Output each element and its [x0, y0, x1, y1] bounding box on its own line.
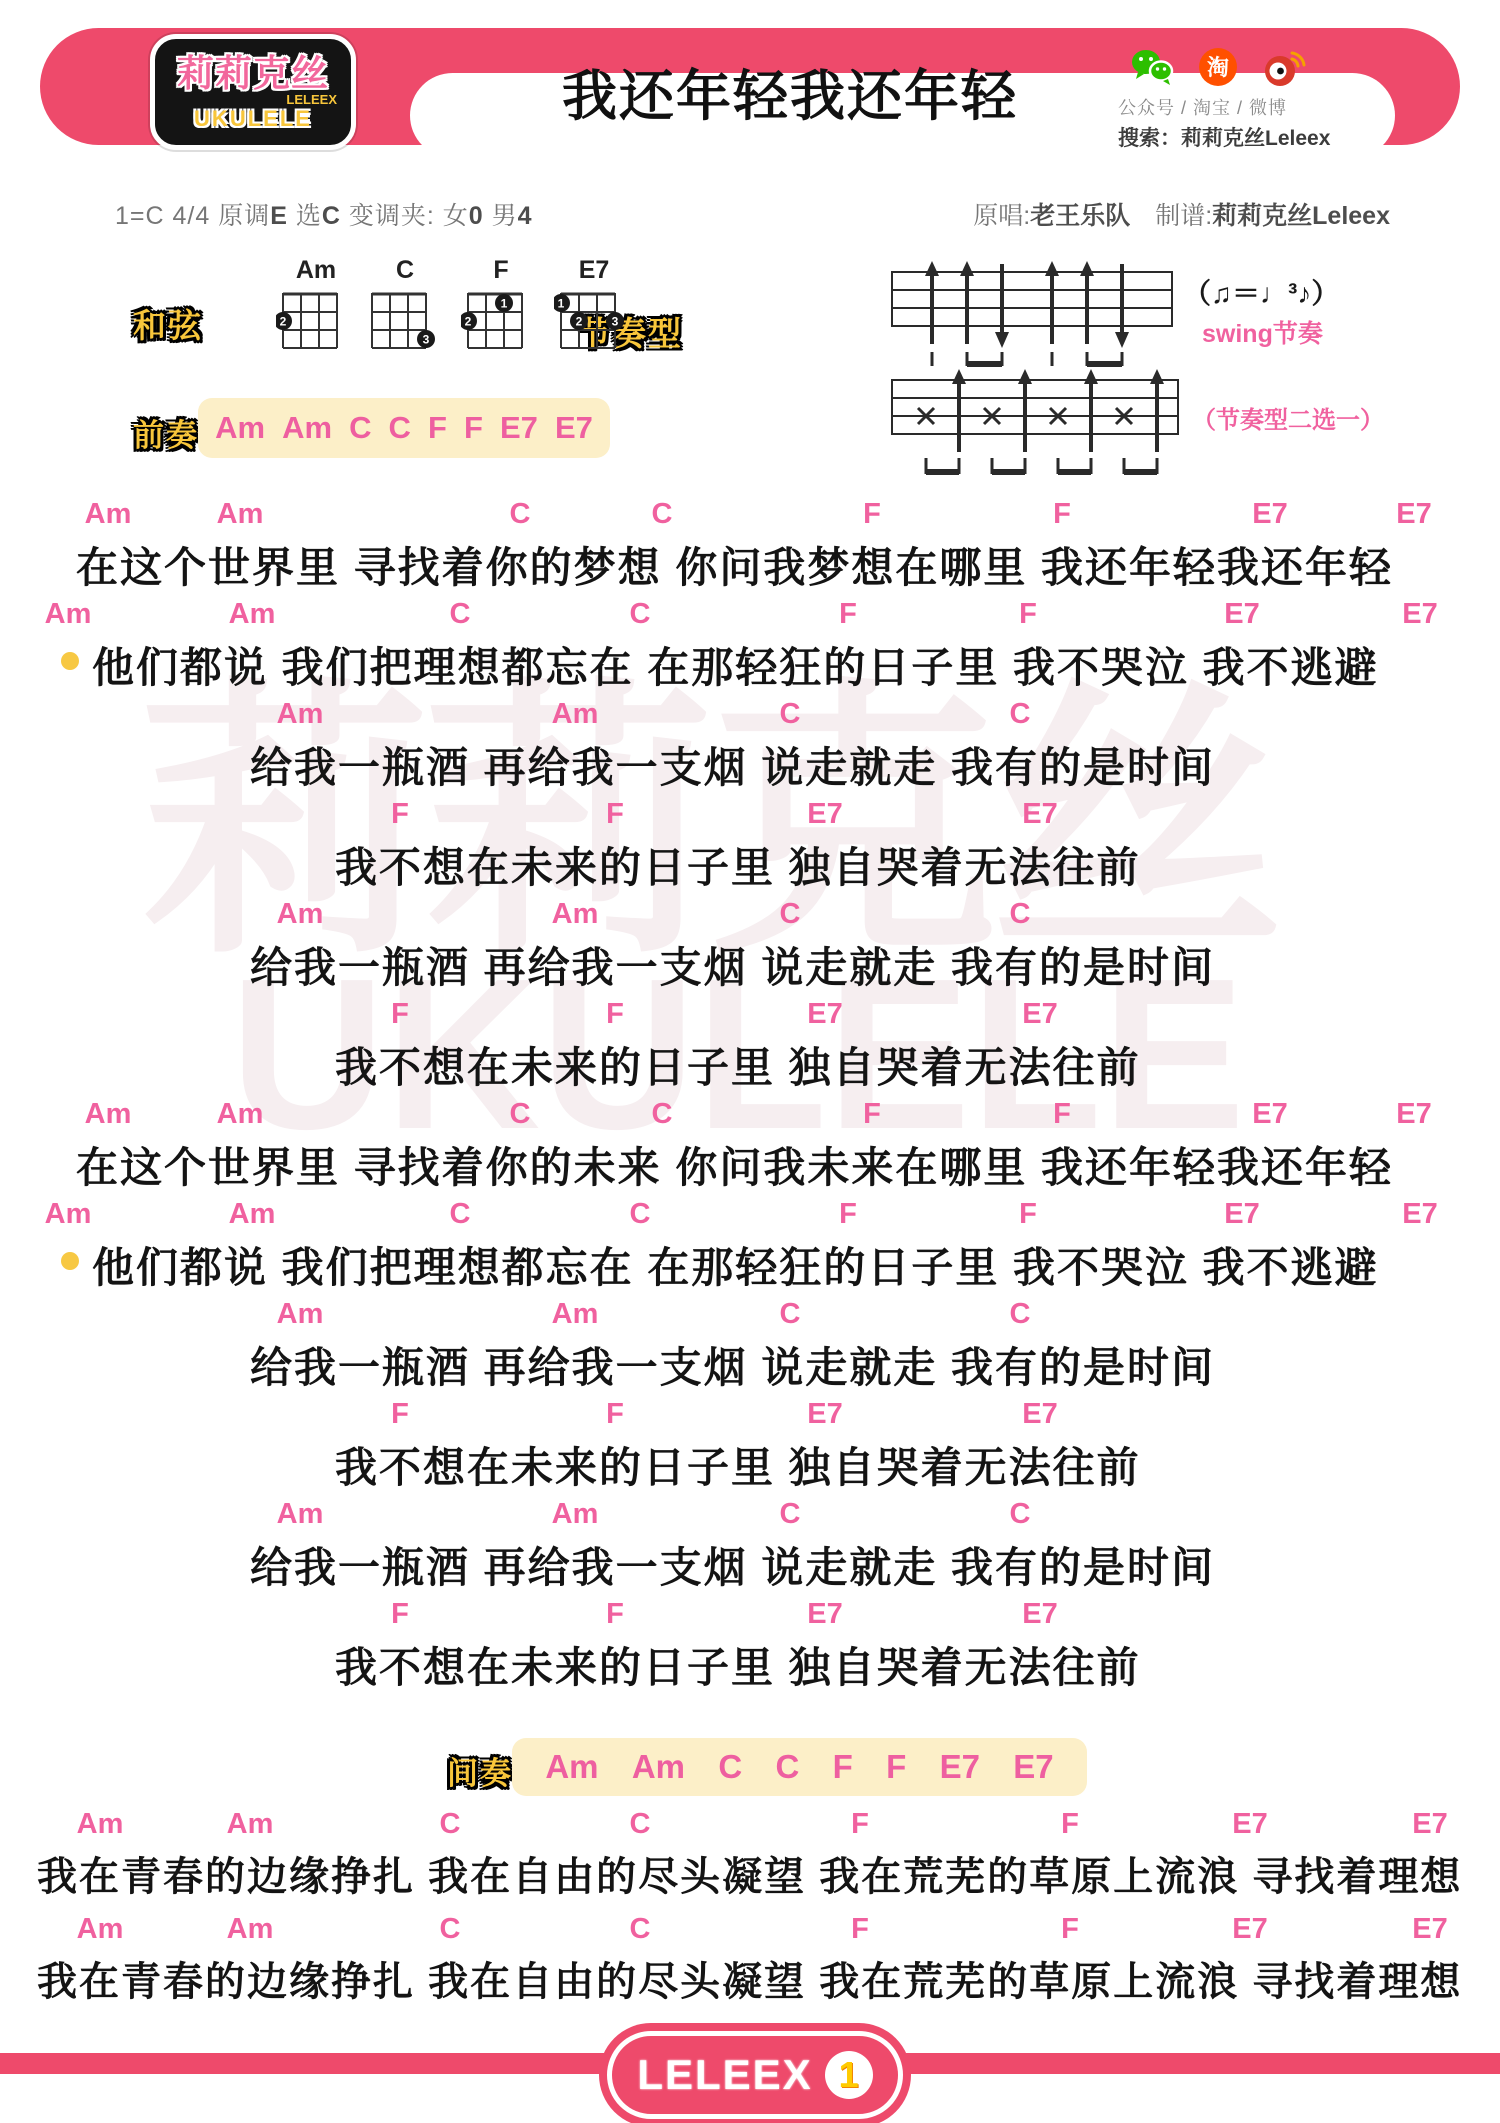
rhythm-staff-2	[880, 366, 1190, 489]
chord-row: AmAmCC	[0, 898, 1500, 932]
chord-label: Am	[77, 1808, 124, 1841]
chord-label: Am	[277, 1298, 324, 1331]
chord-label: E7	[1232, 1808, 1267, 1841]
text-segment: 女	[443, 202, 469, 230]
chord-label: E7	[807, 798, 842, 831]
chord-label: Am	[552, 898, 599, 931]
chord-label: F	[863, 498, 881, 531]
chord-label: F	[464, 410, 483, 446]
chord-label: C	[510, 1098, 531, 1131]
lyric-line: 我不想在未来的日子里 独自哭着无法往前	[335, 1635, 1141, 1695]
chord-row: AmAmCCFFE7E7	[0, 1098, 1500, 1132]
chord-label: E7	[1022, 998, 1057, 1031]
chord-label: C	[450, 1198, 471, 1231]
chord-label: E7	[1402, 1198, 1437, 1231]
text-segment: 0	[469, 202, 484, 230]
chord-label: E7	[940, 1748, 980, 1786]
intro-label: 前奏	[133, 410, 199, 455]
chord-label: F	[1019, 1198, 1037, 1231]
chord-diagram-E7: E7123	[554, 256, 634, 369]
chord-label: Am	[85, 1098, 132, 1131]
text-segment: E	[270, 202, 288, 230]
verse-bullet	[61, 652, 79, 670]
chord-label: Am	[215, 410, 265, 446]
lyric-line: 我不想在未来的日子里 独自哭着无法往前	[335, 1435, 1141, 1495]
lyric-line: 在这个世界里 寻找着你的未来 你问我未来在哪里 我还年轻我还年轻	[76, 1135, 1393, 1195]
chord-label: Am	[282, 410, 332, 446]
svg-text:2: 2	[465, 315, 472, 329]
chord-label: C	[780, 1298, 801, 1331]
lyric-line: 他们都说 我们把理想都忘在 在那轻狂的日子里 我不哭泣 我不逃避	[92, 1235, 1379, 1295]
chord-label: E7	[555, 410, 593, 446]
chord-row: AmAmCCFFE7E7	[0, 1808, 1500, 1842]
chords-label: 和弦	[133, 300, 203, 347]
chord-label: E7	[1396, 1098, 1431, 1131]
chord-label: C	[652, 498, 673, 531]
chord-label: Am	[552, 1498, 599, 1531]
chord-label: Am	[227, 1913, 274, 1946]
chord-sheet-page: 莉莉克丝 UKULELE 莉莉克丝 LELEEX UKULELE 我还年轻我还年…	[0, 0, 1500, 2123]
chord-label: E7	[1224, 598, 1259, 631]
chord-label: C	[780, 1498, 801, 1531]
chord-label: C	[775, 1748, 799, 1786]
lyric-line: 给我一瓶酒 再给我一支烟 说走就走 我有的是时间	[250, 735, 1215, 795]
chord-diagram-F: F12	[461, 256, 541, 369]
chord-label: F	[606, 798, 624, 831]
brand-logo-cn: 莉莉克丝	[177, 55, 329, 92]
key-and-capo-info: 1=C 4/4 原调E 选C 变调夹: 女0 男4	[115, 196, 533, 232]
chord-label: C	[630, 598, 651, 631]
chord-label: C	[389, 410, 411, 446]
chord-row: FFE7E7	[0, 998, 1500, 1032]
chord-label: E7	[1013, 1748, 1053, 1786]
page-title: 我还年轻我还年轻	[400, 52, 1180, 131]
credits-info: 原唱:老王乐队 制谱:莉莉克丝Leleex	[830, 196, 1390, 232]
chord-label: F	[1061, 1808, 1079, 1841]
chord-label: E7	[500, 410, 538, 446]
brand-logo: 莉莉克丝 LELEEX UKULELE	[150, 34, 356, 150]
chord-label: F	[606, 998, 624, 1031]
chord-diagram-name: E7	[554, 256, 634, 286]
chord-row: AmAmCC	[0, 698, 1500, 732]
svg-text:淘: 淘	[1207, 55, 1229, 81]
chord-label: E7	[1252, 498, 1287, 531]
chord-label: F	[851, 1808, 869, 1841]
chord-label: E7	[1022, 798, 1057, 831]
chord-label: C	[630, 1913, 651, 1946]
chord-label: C	[780, 898, 801, 931]
text-segment: 1=C 4/4	[115, 202, 210, 230]
chord-row: AmAmCCFFE7E7	[0, 598, 1500, 632]
chord-label: Am	[227, 1808, 274, 1841]
text-segment: C	[322, 202, 341, 230]
swing-formula: （♫＝♩³♪）	[1183, 272, 1339, 312]
chord-label: C	[1010, 698, 1031, 731]
chord-label: Am	[85, 498, 132, 531]
chord-label: F	[391, 1598, 409, 1631]
chord-label: F	[1061, 1913, 1079, 1946]
chord-label: Am	[277, 1498, 324, 1531]
wechat-icon	[1130, 48, 1174, 91]
chord-row: AmAmCC	[0, 1498, 1500, 1532]
chord-row: FFE7E7	[0, 798, 1500, 832]
chord-label: C	[1010, 898, 1031, 931]
lyric-line: 在这个世界里 寻找着你的梦想 你问我梦想在哪里 我还年轻我还年轻	[76, 535, 1393, 595]
chord-label: C	[510, 498, 531, 531]
text-segment: 莉莉克丝Leleex	[1212, 202, 1390, 230]
chord-label: Am	[277, 898, 324, 931]
text-segment: 男	[484, 202, 518, 230]
weibo-icon	[1262, 47, 1308, 92]
chord-label: C	[780, 698, 801, 731]
chord-label: Am	[545, 1748, 598, 1786]
chord-label: F	[863, 1098, 881, 1131]
chord-label: E7	[1022, 1398, 1057, 1431]
chord-label: Am	[229, 1198, 276, 1231]
intro-chord-box: AmAmCCFFE7E7	[198, 398, 610, 458]
chord-row: AmAmCCFFE7E7	[0, 1913, 1500, 1947]
chord-label: E7	[1022, 1598, 1057, 1631]
chord-label: F	[839, 598, 857, 631]
text-segment: 变调夹:	[341, 202, 443, 230]
page-number-badge: 1	[825, 2051, 873, 2099]
chord-label: F	[391, 798, 409, 831]
chord-label: E7	[1252, 1098, 1287, 1131]
chord-label: E7	[1396, 498, 1431, 531]
interlude-chord-box: AmAmCCFFE7E7	[512, 1738, 1087, 1796]
taobao-icon: 淘	[1198, 47, 1238, 92]
svg-text:2: 2	[576, 315, 583, 329]
lyric-line: 我不想在未来的日子里 独自哭着无法往前	[335, 835, 1141, 895]
chord-label: C	[630, 1198, 651, 1231]
chord-row: FFE7E7	[0, 1398, 1500, 1432]
svg-text:1: 1	[558, 297, 565, 311]
chord-row: AmAmCCFFE7E7	[0, 1198, 1500, 1232]
footer-logo: LELEEX 1	[607, 2031, 903, 2119]
chord-label: E7	[1224, 1198, 1259, 1231]
chord-label: F	[391, 1398, 409, 1431]
chord-label: Am	[229, 598, 276, 631]
chord-label: C	[718, 1748, 742, 1786]
chord-label: F	[606, 1598, 624, 1631]
chord-label: E7	[1232, 1913, 1267, 1946]
chord-label: F	[391, 998, 409, 1031]
lyric-line: 给我一瓶酒 再给我一支烟 说走就走 我有的是时间	[250, 935, 1215, 995]
lyric-line: 给我一瓶酒 再给我一支烟 说走就走 我有的是时间	[250, 1535, 1215, 1595]
chord-label: C	[349, 410, 371, 446]
chord-label: C	[440, 1808, 461, 1841]
text-segment: 原唱:	[973, 202, 1030, 230]
chord-row: AmAmCCFFE7E7	[0, 498, 1500, 532]
svg-text:2: 2	[280, 315, 287, 329]
chord-label: E7	[807, 1598, 842, 1631]
rhythm-alt-note: （节奏型二选一）	[1192, 400, 1384, 435]
chord-label: F	[1019, 598, 1037, 631]
chord-label: C	[1010, 1298, 1031, 1331]
brand-logo-ukulele: UKULELE	[194, 108, 312, 130]
text-segment: 选	[288, 202, 322, 230]
social-search-hint: 搜索：莉莉克丝Leleex	[1118, 122, 1378, 152]
chord-label: F	[606, 1398, 624, 1431]
chord-label: F	[1053, 498, 1071, 531]
chord-diagram-name: Am	[276, 256, 356, 286]
text-segment: 制谱:	[1130, 202, 1212, 230]
interlude-label: 间奏	[447, 1748, 513, 1793]
text-segment: 老王乐队	[1030, 202, 1130, 230]
chord-label: Am	[552, 1298, 599, 1331]
chord-row: FFE7E7	[0, 1598, 1500, 1632]
chord-label: Am	[632, 1748, 685, 1786]
text-segment: 4	[518, 202, 533, 230]
chord-label: E7	[1412, 1913, 1447, 1946]
social-block: 淘 公众号 / 淘宝 / 微博 搜索：莉莉克丝Leleex	[1118, 48, 1378, 152]
chord-label: Am	[77, 1913, 124, 1946]
chord-diagram-Am: Am2	[276, 256, 356, 369]
svg-text:1: 1	[501, 297, 508, 311]
chord-label: Am	[552, 698, 599, 731]
footer-brand-text: LELEEX	[637, 2051, 812, 2099]
lyric-line: 我在青春的边缘挣扎 我在自由的尽头凝望 我在荒芜的草原上流浪 寻找着理想	[37, 1845, 1462, 1902]
chord-label: C	[450, 598, 471, 631]
lyric-line: 给我一瓶酒 再给我一支烟 说走就走 我有的是时间	[250, 1335, 1215, 1395]
chord-diagram-name: F	[461, 256, 541, 286]
social-labels: 公众号 / 淘宝 / 微博	[1118, 94, 1378, 120]
chord-label: C	[630, 1808, 651, 1841]
chord-diagram-name: C	[365, 256, 445, 286]
chord-diagram-C: C3	[365, 256, 445, 369]
social-icons-row: 淘	[1118, 48, 1378, 90]
svg-text:3: 3	[423, 333, 430, 347]
chord-label: F	[833, 1748, 853, 1786]
chord-label: C	[1010, 1498, 1031, 1531]
swing-label: swing节奏	[1202, 314, 1323, 350]
chord-label: Am	[45, 1198, 92, 1231]
chord-label: C	[652, 1098, 673, 1131]
rhythm-staff-1	[880, 256, 1190, 379]
chord-label: C	[440, 1913, 461, 1946]
lyric-line: 他们都说 我们把理想都忘在 在那轻狂的日子里 我不哭泣 我不逃避	[92, 635, 1379, 695]
chord-label: Am	[45, 598, 92, 631]
chord-label: E7	[1402, 598, 1437, 631]
lyric-line: 我不想在未来的日子里 独自哭着无法往前	[335, 1035, 1141, 1095]
chord-label: F	[1053, 1098, 1071, 1131]
chord-label: Am	[217, 498, 264, 531]
verse-bullet	[61, 1252, 79, 1270]
chord-label: F	[839, 1198, 857, 1231]
chord-label: E7	[807, 998, 842, 1031]
brand-logo-leleex: LELEEX	[286, 93, 337, 106]
chord-label: F	[851, 1913, 869, 1946]
chord-label: E7	[807, 1398, 842, 1431]
chord-label: F	[428, 410, 447, 446]
chord-label: Am	[277, 698, 324, 731]
lyric-line: 我在青春的边缘挣扎 我在自由的尽头凝望 我在荒芜的草原上流浪 寻找着理想	[37, 1950, 1462, 2007]
chord-label: E7	[1412, 1808, 1447, 1841]
chord-row: AmAmCC	[0, 1298, 1500, 1332]
chord-label: Am	[217, 1098, 264, 1131]
svg-text:3: 3	[612, 315, 619, 329]
chord-label: F	[886, 1748, 906, 1786]
text-segment: 原调	[210, 202, 270, 230]
